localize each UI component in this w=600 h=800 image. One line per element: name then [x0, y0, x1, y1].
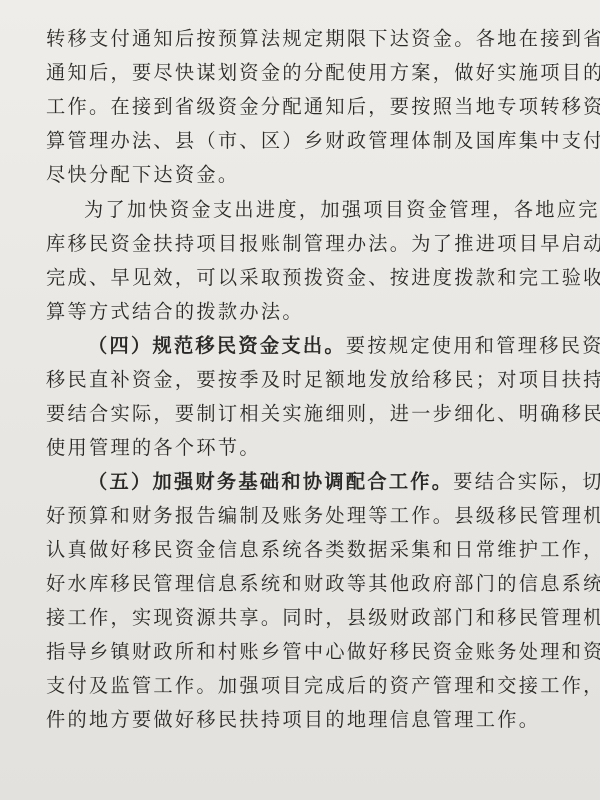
document-lower-block: [0, 0, 600, 800]
